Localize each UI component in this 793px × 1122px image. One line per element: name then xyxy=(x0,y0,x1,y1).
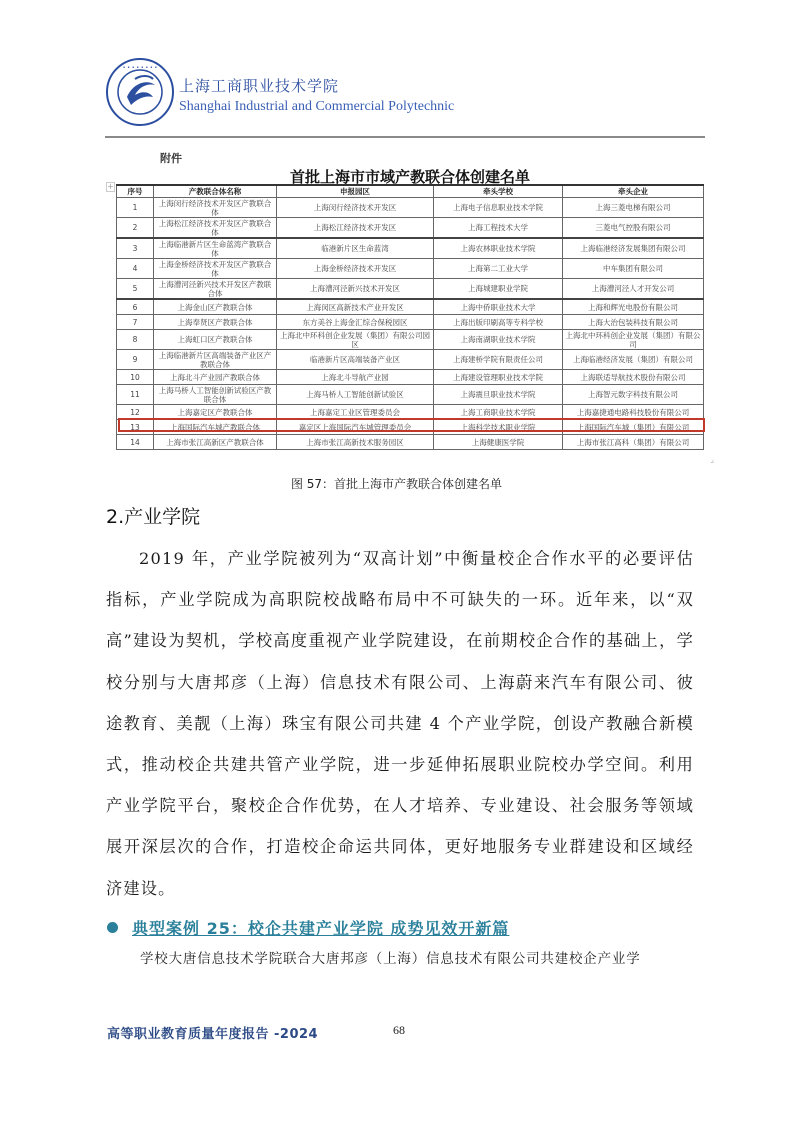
svg-text:• • • • • • • •: • • • • • • • • xyxy=(123,65,158,71)
page-header: • • • • • • • • 上海工商职业技术学院 Shanghai Indu… xyxy=(105,57,705,139)
table-row: 5 上海漕河泾新兴技术开发区产教联合体 上海漕河泾新兴技术开发区 上海城建职业学… xyxy=(117,279,704,300)
row-highlight-box xyxy=(118,418,705,432)
cell-num: 6 xyxy=(117,299,154,315)
col-header: 序号 xyxy=(117,185,154,198)
cell-zone: 临港新片区生命蓝湾 xyxy=(277,238,434,259)
cell-num: 7 xyxy=(117,315,154,330)
cell-num: 10 xyxy=(117,370,154,385)
cell-num: 8 xyxy=(117,330,154,350)
school-emblem-icon: • • • • • • • • xyxy=(105,57,175,127)
cell-school: 上海建设管理职业技术学院 xyxy=(434,370,563,385)
cell-zone: 上海闵区高新技术产业开发区 xyxy=(277,299,434,315)
cell-name: 上海马桥人工智能创新试验区产教联合体 xyxy=(154,385,277,405)
table-row: 2 上海松江经济技术开发区产教联合体 上海松江经济技术开发区 上海工程技术大学 … xyxy=(117,218,704,239)
cell-name: 上海闵行经济技术开发区产教联合体 xyxy=(154,198,277,218)
cell-name: 上海金桥经济技术开发区产教联合体 xyxy=(154,259,277,279)
cell-name: 上海漕河泾新兴技术开发区产教联合体 xyxy=(154,279,277,300)
cell-company: 上海临港经济发展集团有限公司 xyxy=(563,238,704,259)
table-header-row: 序号 产教联合体名称 申报园区 牵头学校 牵头企业 xyxy=(117,185,704,198)
school-name-en: Shanghai Industrial and Commercial Polyt… xyxy=(179,99,454,115)
cell-num: 14 xyxy=(117,435,154,450)
cell-num: 2 xyxy=(117,218,154,239)
header-divider xyxy=(105,136,705,138)
cell-zone: 上海松江经济技术开发区 xyxy=(277,218,434,239)
footer-report-title: 高等职业教育质量年度报告 -2024 xyxy=(107,1023,318,1042)
figure-caption: 图 57：首批上海市产教联合体创建名单 xyxy=(0,475,793,492)
cell-school: 上海出版印刷高等专科学校 xyxy=(434,315,563,330)
cell-company: 三菱电气控股有限公司 xyxy=(563,218,704,239)
body-paragraph: 2019 年，产业学院被列为“双高计划”中衡量校企合作水平的必要评估指标，产业学… xyxy=(106,538,694,909)
consortium-table: 序号 产教联合体名称 申报园区 牵头学校 牵头企业 1 上海闵行经济技术开发区产… xyxy=(116,184,704,450)
cell-num: 3 xyxy=(117,238,154,259)
cell-zone: 上海漕河泾新兴技术开发区 xyxy=(277,279,434,300)
cell-name: 上海奉贤区产教联合体 xyxy=(154,315,277,330)
table-row: 9 上海临港新片区高端装备产业区产教联合体 临港新片区高端装备产业区 上海建桥学… xyxy=(117,350,704,370)
cell-zone: 东方美谷上海金汇综合保税园区 xyxy=(277,315,434,330)
cell-company: 上海联适导航技术股份有限公司 xyxy=(563,370,704,385)
table-row: 11 上海马桥人工智能创新试验区产教联合体 上海马桥人工智能创新试验区 上海震旦… xyxy=(117,385,704,405)
cell-school: 上海健康医学院 xyxy=(434,435,563,450)
cell-school: 上海震旦职业技术学院 xyxy=(434,385,563,405)
cell-school: 上海中侨职业技术大学 xyxy=(434,299,563,315)
cell-zone: 上海北斗导航产业园 xyxy=(277,370,434,385)
table-row: 1 上海闵行经济技术开发区产教联合体 上海闵行经济技术开发区 上海电子信息职业技… xyxy=(117,198,704,218)
table-row: 8 上海虹口区产教联合体 上海北中环科创企业发展（集团）有限公司园区 上海南湖职… xyxy=(117,330,704,350)
cell-name: 上海虹口区产教联合体 xyxy=(154,330,277,350)
cell-name: 上海临港新片区生命蓝湾产教联合体 xyxy=(154,238,277,259)
cell-company: 上海临港经济发展（集团）有限公司 xyxy=(563,350,704,370)
attachment-label: 附件 xyxy=(160,150,182,166)
col-header: 牵头学校 xyxy=(434,185,563,198)
cell-zone: 上海北中环科创企业发展（集团）有限公司园区 xyxy=(277,330,434,350)
col-header: 产教联合体名称 xyxy=(154,185,277,198)
table-row: 4 上海金桥经济技术开发区产教联合体 上海金桥经济技术开发区 上海第二工业大学 … xyxy=(117,259,704,279)
cell-company: 上海和辉光电股份有限公司 xyxy=(563,299,704,315)
table-row: 3 上海临港新片区生命蓝湾产教联合体 临港新片区生命蓝湾 上海农林职业技术学院 … xyxy=(117,238,704,259)
case-title-link[interactable]: 典型案例 25：校企共建产业学院 成势见效开新篇 xyxy=(132,916,509,939)
cell-zone: 上海市张江高新技术服务园区 xyxy=(277,435,434,450)
cell-school: 上海农林职业技术学院 xyxy=(434,238,563,259)
cell-zone: 上海马桥人工智能创新试验区 xyxy=(277,385,434,405)
school-name-cn: 上海工商职业技术学院 xyxy=(179,75,339,96)
table-row: 14 上海市张江高新区产教联合体 上海市张江高新技术服务园区 上海健康医学院 上… xyxy=(117,435,704,450)
cell-zone: 上海闵行经济技术开发区 xyxy=(277,198,434,218)
cell-name: 上海松江经济技术开发区产教联合体 xyxy=(154,218,277,239)
cell-company: 中车集团有限公司 xyxy=(563,259,704,279)
cell-company: 上海漕河泾人才开发公司 xyxy=(563,279,704,300)
table-row: 10 上海北斗产业园产教联合体 上海北斗导航产业园 上海建设管理职业技术学院 上… xyxy=(117,370,704,385)
resize-corner-icon: ⌟ xyxy=(710,455,714,464)
cell-num: 11 xyxy=(117,385,154,405)
cell-company: 上海北中环科创企业发展（集团）有限公司 xyxy=(563,330,704,350)
case-heading: 典型案例 25：校企共建产业学院 成势见效开新篇 xyxy=(107,916,509,939)
page-number: 68 xyxy=(393,1023,405,1038)
cell-school: 上海第二工业大学 xyxy=(434,259,563,279)
cell-name: 上海市张江高新区产教联合体 xyxy=(154,435,277,450)
cell-school: 上海城建职业学院 xyxy=(434,279,563,300)
cell-num: 4 xyxy=(117,259,154,279)
table-row: 6 上海金山区产教联合体 上海闵区高新技术产业开发区 上海中侨职业技术大学 上海… xyxy=(117,299,704,315)
cell-num: 9 xyxy=(117,350,154,370)
cell-num: 1 xyxy=(117,198,154,218)
col-header: 申报园区 xyxy=(277,185,434,198)
cell-num: 5 xyxy=(117,279,154,300)
section-heading: 2.产业学院 xyxy=(106,502,200,529)
bullet-dot-icon xyxy=(107,922,118,933)
cell-school: 上海电子信息职业技术学院 xyxy=(434,198,563,218)
cell-company: 上海三菱电梯有限公司 xyxy=(563,198,704,218)
cell-name: 上海北斗产业园产教联合体 xyxy=(154,370,277,385)
cell-name: 上海金山区产教联合体 xyxy=(154,299,277,315)
attachment-scan-image: 附件 首批上海市市域产教联合体创建名单 + 序号 产教联合体名称 申报园区 牵头… xyxy=(104,148,716,464)
cell-company: 上海智元数字科技有限公司 xyxy=(563,385,704,405)
cell-company: 上海大治包装科技有限公司 xyxy=(563,315,704,330)
cell-company: 上海市张江高科（集团）有限公司 xyxy=(563,435,704,450)
cell-name: 上海临港新片区高端装备产业区产教联合体 xyxy=(154,350,277,370)
cell-school: 上海南湖职业技术学院 xyxy=(434,330,563,350)
case-body-text: 学校大唐信息技术学院联合大唐邦彦（上海）信息技术有限公司共建校企产业学 xyxy=(140,947,641,967)
cell-zone: 上海金桥经济技术开发区 xyxy=(277,259,434,279)
cell-zone: 临港新片区高端装备产业区 xyxy=(277,350,434,370)
col-header: 牵头企业 xyxy=(563,185,704,198)
cell-school: 上海建桥学院有限责任公司 xyxy=(434,350,563,370)
cell-school: 上海工程技术大学 xyxy=(434,218,563,239)
table-move-handle-icon: + xyxy=(106,182,115,192)
table-row: 7 上海奉贤区产教联合体 东方美谷上海金汇综合保税园区 上海出版印刷高等专科学校… xyxy=(117,315,704,330)
